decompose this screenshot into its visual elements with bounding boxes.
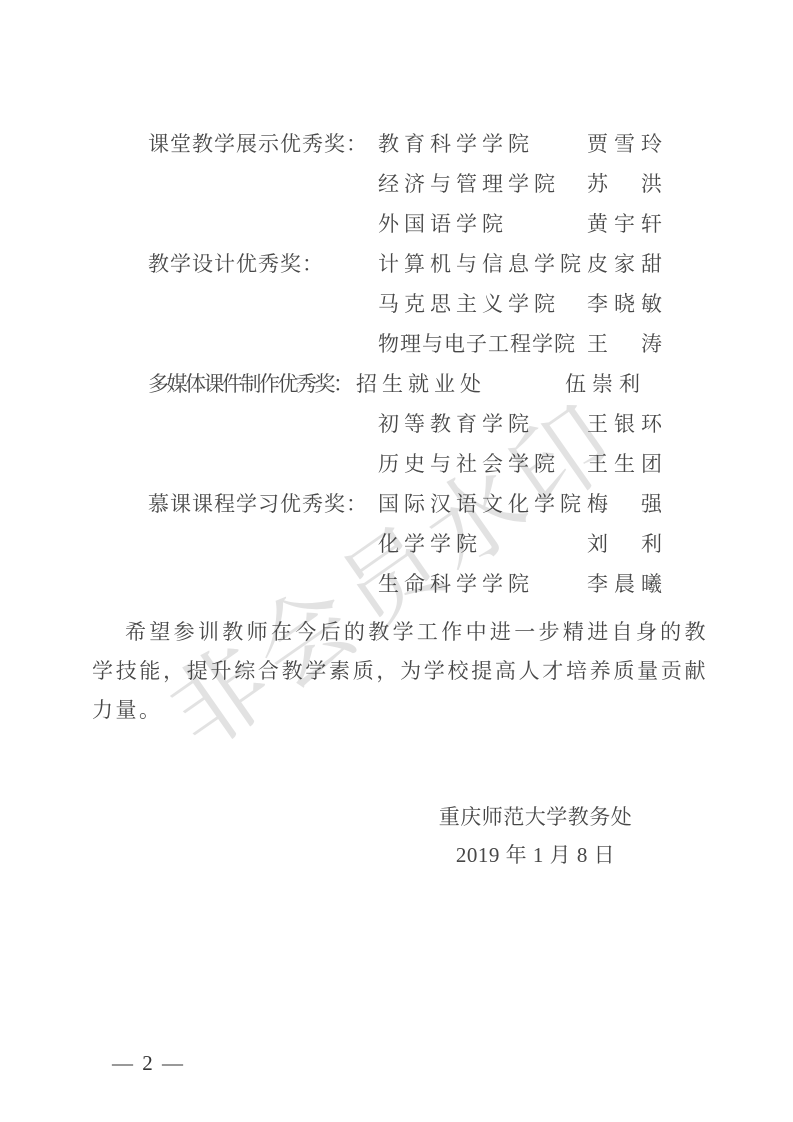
- award-row: 历史与社会学院 王生团: [148, 444, 668, 484]
- awardee-name: 贾雪玲: [587, 124, 668, 164]
- college-name: 经济与管理学院: [378, 164, 587, 204]
- awardee-name: 刘 利: [587, 524, 668, 564]
- awardee-name: 王银环: [587, 404, 668, 444]
- award-row: 慕课课程学习优秀奖： 国际汉语文化学院 梅 强: [148, 484, 668, 524]
- award-row: 物理与电子工程学院 王 涛: [148, 324, 668, 364]
- document-page: 非会员水印 课堂教学展示优秀奖： 教育科学学院 贾雪玲 经济与管理学院 苏 洪 …: [0, 0, 793, 1122]
- college-name: 物理与电子工程学院: [378, 324, 587, 364]
- college-name: 马克思主义学院: [378, 284, 587, 324]
- college-name: 历史与社会学院: [378, 444, 587, 484]
- college-name: 化学学院: [378, 524, 587, 564]
- awardee-name: 黄宇轩: [587, 204, 668, 244]
- closing-paragraph: 希望参训教师在今后的教学工作中进一步精进自身的教学技能，提升综合教学素质，为学校…: [92, 613, 708, 730]
- college-name: 外国语学院: [378, 204, 587, 244]
- award-category-label: 多媒体课件制作优秀奖：: [148, 364, 356, 404]
- award-category-label: [148, 164, 378, 204]
- page-number: — 2 —: [112, 1051, 185, 1076]
- award-category-label: 慕课课程学习优秀奖：: [148, 484, 378, 524]
- college-name: 生命科学学院: [378, 564, 587, 604]
- award-category-label: [148, 524, 378, 564]
- award-category-label: [148, 564, 378, 604]
- award-category-label: 教学设计优秀奖：: [148, 244, 378, 284]
- award-row: 课堂教学展示优秀奖： 教育科学学院 贾雪玲: [148, 124, 668, 164]
- awardee-name: 王生团: [587, 444, 668, 484]
- award-row: 初等教育学院 王银环: [148, 404, 668, 444]
- awardee-name: 苏 洪: [587, 164, 668, 204]
- awardee-name: 伍崇利: [565, 364, 646, 404]
- awardee-name: 梅 强: [587, 484, 668, 524]
- awardee-name: 李晓敏: [587, 284, 668, 324]
- award-row: 经济与管理学院 苏 洪: [148, 164, 668, 204]
- college-name: 国际汉语文化学院: [378, 484, 587, 524]
- awardee-name: 王 涛: [587, 324, 668, 364]
- award-category-label: [148, 444, 378, 484]
- college-name: 初等教育学院: [378, 404, 587, 444]
- award-category-label: [148, 284, 378, 324]
- award-row: 多媒体课件制作优秀奖： 招生就业处 伍崇利: [148, 364, 668, 404]
- award-category-label: [148, 404, 378, 444]
- college-name: 教育科学学院: [378, 124, 587, 164]
- awardee-name: 皮家甜: [587, 244, 668, 284]
- awardee-name: 李晨曦: [587, 564, 668, 604]
- award-row: 教学设计优秀奖： 计算机与信息学院 皮家甜: [148, 244, 668, 284]
- award-row: 化学学院 刘 利: [148, 524, 668, 564]
- award-row: 马克思主义学院 李晓敏: [148, 284, 668, 324]
- award-row: 外国语学院 黄宇轩: [148, 204, 668, 244]
- signature-date: 2019 年 1 月 8 日: [383, 839, 688, 869]
- college-name: 计算机与信息学院: [378, 244, 587, 284]
- college-name: 招生就业处: [356, 364, 565, 404]
- signature-organization: 重庆师范大学教务处: [383, 801, 688, 831]
- award-category-label: [148, 204, 378, 244]
- award-category-label: 课堂教学展示优秀奖：: [148, 124, 378, 164]
- award-list: 课堂教学展示优秀奖： 教育科学学院 贾雪玲 经济与管理学院 苏 洪 外国语学院 …: [148, 124, 668, 604]
- award-category-label: [148, 324, 378, 364]
- award-row: 生命科学学院 李晨曦: [148, 564, 668, 604]
